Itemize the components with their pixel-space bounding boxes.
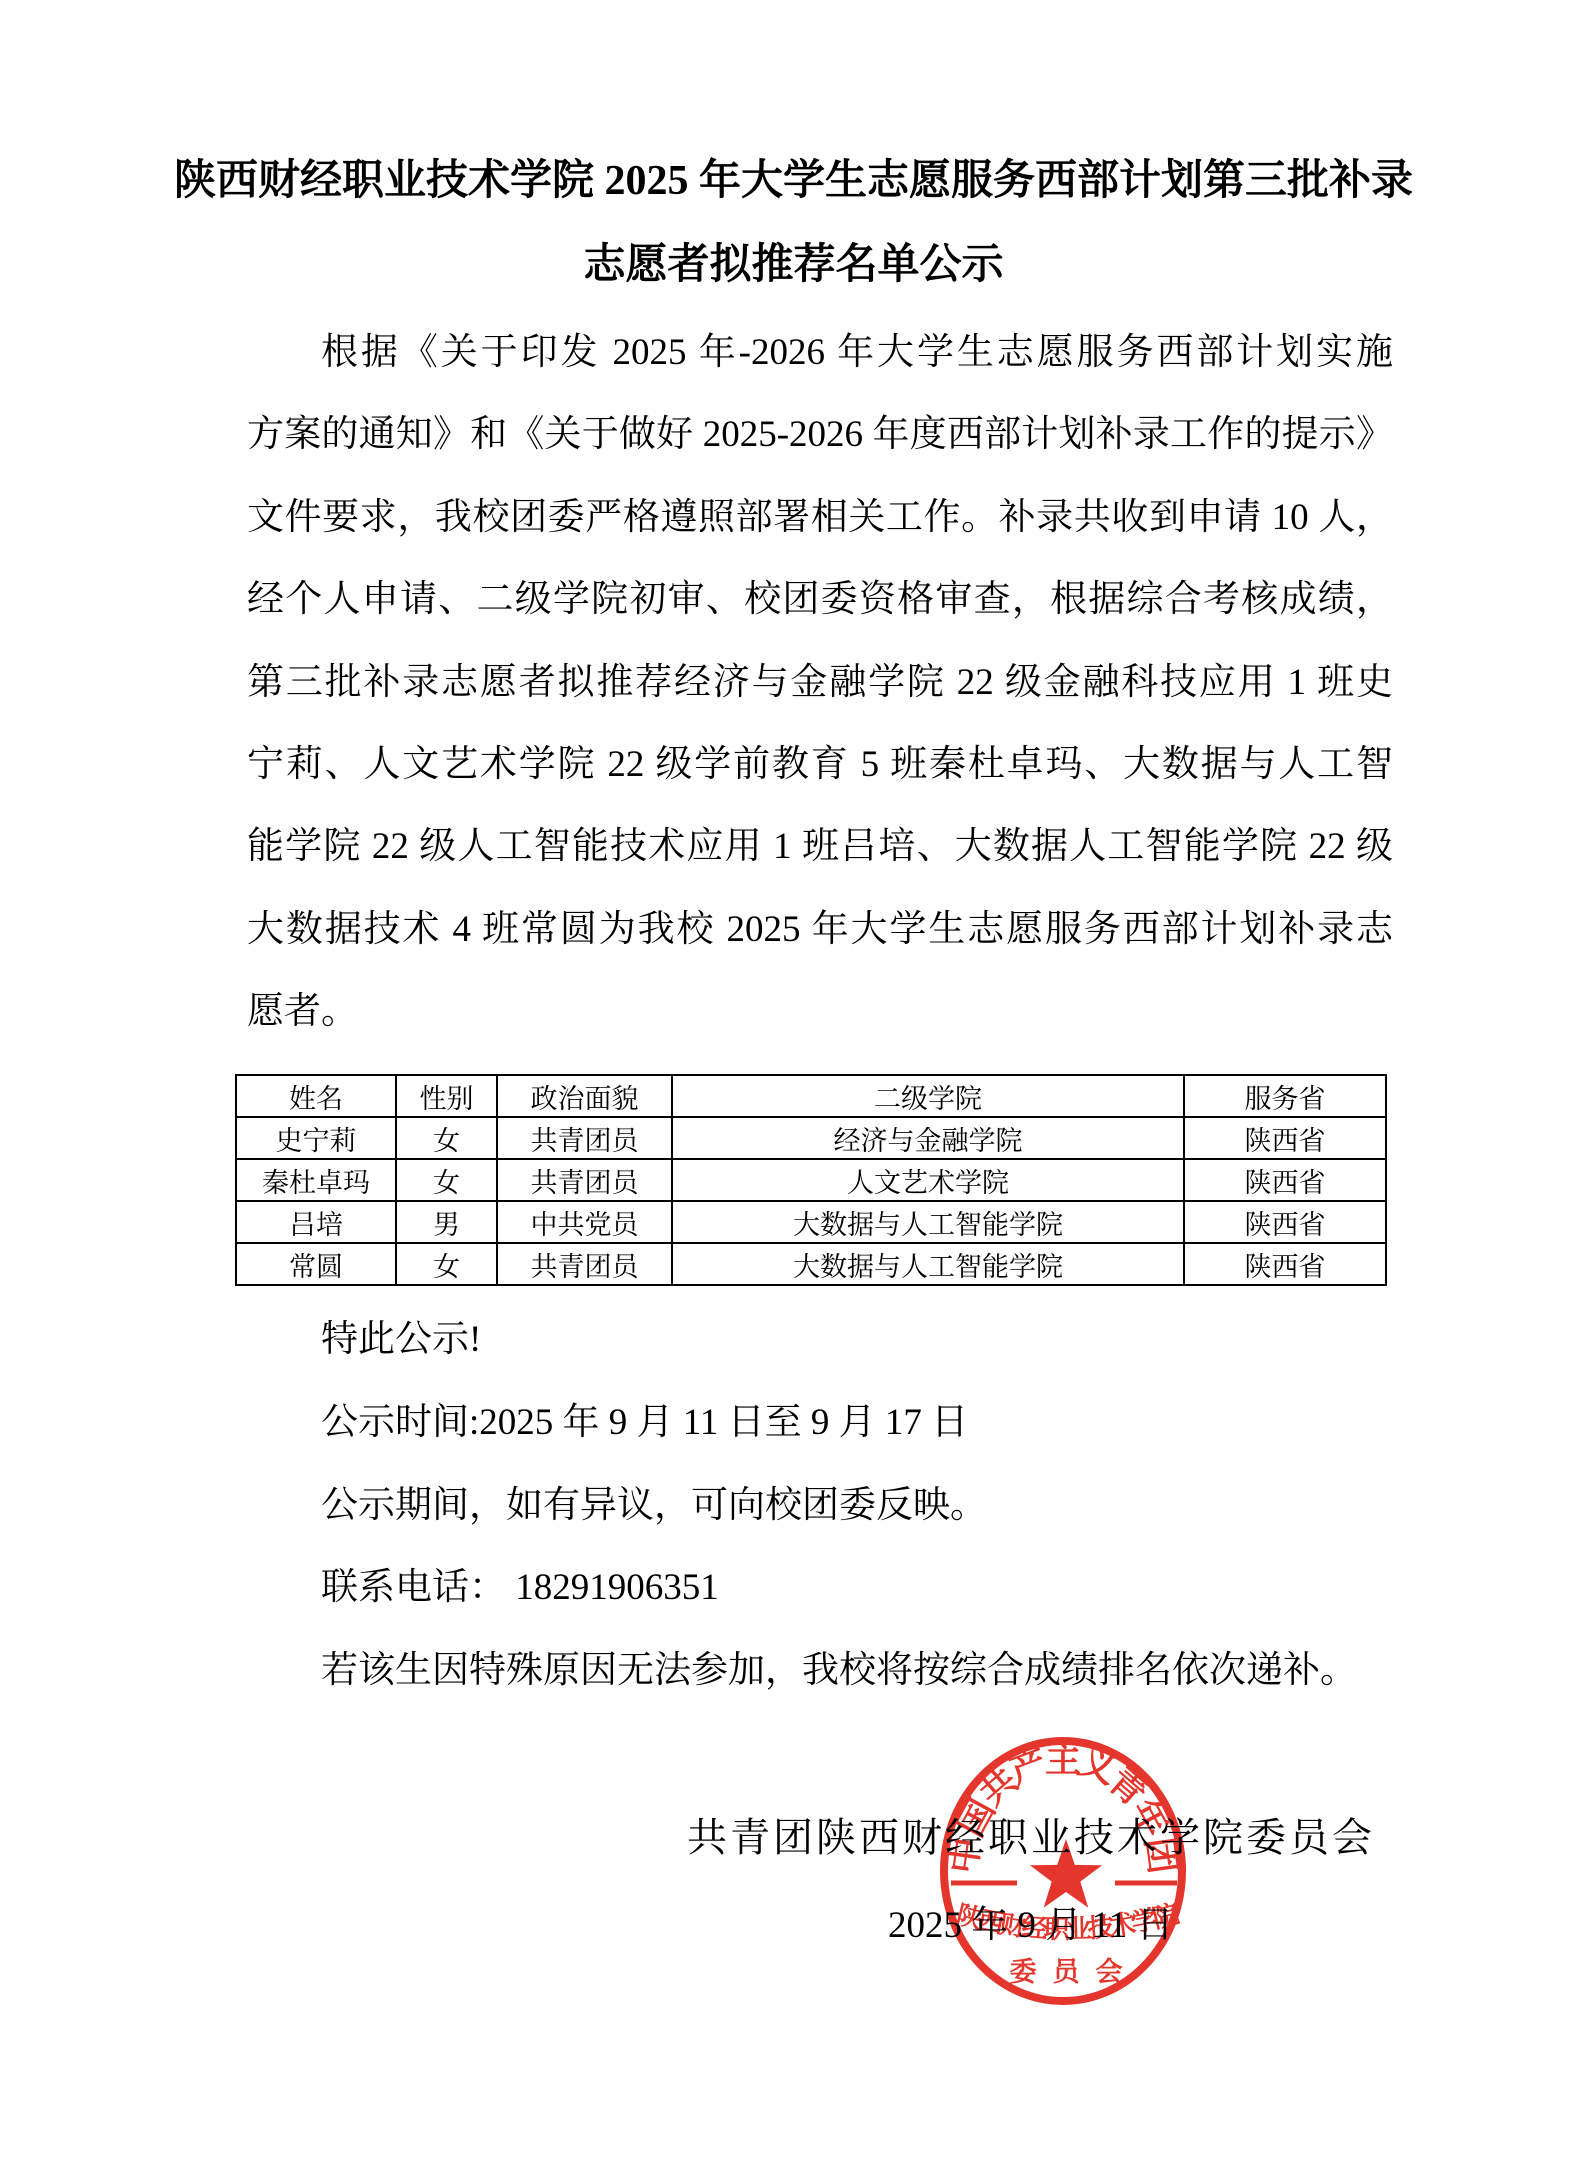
seal-sub-text: 委员会: [1010, 1957, 1139, 1987]
closing-line: 若该生因特殊原因无法参加，我校将按综合成绩排名依次递补。: [321, 1648, 1357, 1694]
table-cell: 女: [396, 1159, 497, 1201]
table-cell: 吕培: [236, 1201, 396, 1243]
body-line: 第三批补录志愿者拟推荐经济与金融学院 22 级金融科技应用 1 班史: [247, 660, 1393, 706]
table-cell: 共青团员: [497, 1117, 672, 1159]
closing-line: 公示期间，如有异议，可向校团委反映。: [321, 1483, 987, 1529]
body-line: 文件要求，我校团委严格遵照部署相关工作。补录共收到申请 10 人，: [247, 495, 1393, 541]
seal-arc-char: 团: [1138, 1835, 1184, 1876]
table-cell: 陕西省: [1184, 1201, 1386, 1243]
body-paragraph: 根据《关于印发 2025 年-2026 年大学生志愿服务西部计划实施方案的通知》…: [247, 330, 1393, 1050]
table-row: 吕培男中共党员大数据与人工智能学院陕西省: [236, 1201, 1386, 1243]
table-body: 史宁莉女共青团员经济与金融学院陕西省秦杜卓玛女共青团员人文艺术学院陕西省吕培男中…: [236, 1117, 1386, 1285]
table-cell: 共青团员: [497, 1243, 672, 1285]
table-cell: 常圆: [236, 1243, 396, 1285]
recommend-table: 姓名性别政治面貌二级学院服务省 史宁莉女共青团员经济与金融学院陕西省秦杜卓玛女共…: [235, 1074, 1387, 1286]
table-cell: 大数据与人工智能学院: [672, 1201, 1184, 1243]
closing-line: 公示时间:2025 年 9 月 11 日至 9 月 17 日: [321, 1400, 968, 1446]
page-title-line2: 志愿者拟推荐名单公示: [0, 240, 1587, 290]
table-cell: 陕西省: [1184, 1243, 1386, 1285]
table-row: 史宁莉女共青团员经济与金融学院陕西省: [236, 1117, 1386, 1159]
table-header-row: 姓名性别政治面貌二级学院服务省: [236, 1075, 1386, 1117]
body-line: 愿者。: [247, 989, 1393, 1035]
table-cell: 中共党员: [497, 1201, 672, 1243]
table-row: 秦杜卓玛女共青团员人文艺术学院陕西省: [236, 1159, 1386, 1201]
table-header-cell: 性别: [396, 1075, 497, 1117]
page-title-line1: 陕西财经职业技术学院 2025 年大学生志愿服务西部计划第三批补录: [0, 156, 1587, 206]
body-line: 大数据技术 4 班常圆为我校 2025 年大学生志愿服务西部计划补录志: [247, 907, 1393, 953]
closing-line: 联系电话： 18291906351: [321, 1565, 719, 1611]
table-head: 姓名性别政治面貌二级学院服务省: [236, 1075, 1386, 1117]
table-header-cell: 政治面貌: [497, 1075, 672, 1117]
table-cell: 女: [396, 1243, 497, 1285]
table-cell: 男: [396, 1201, 497, 1243]
table-header-cell: 服务省: [1184, 1075, 1386, 1117]
table-cell: 史宁莉: [236, 1117, 396, 1159]
seal-org-text: 陕西财经职业技术学院: [953, 1898, 1182, 1944]
table-cell: 大数据与人工智能学院: [672, 1243, 1184, 1285]
body-line: 宁莉、人文艺术学院 22 级学前教育 5 班秦杜卓玛、大数据与人工智: [247, 742, 1393, 788]
closing-line: 特此公示!: [321, 1317, 481, 1363]
body-line: 根据《关于印发 2025 年-2026 年大学生志愿服务西部计划实施: [247, 330, 1393, 376]
table-header-cell: 二级学院: [672, 1075, 1184, 1117]
table-cell: 人文艺术学院: [672, 1159, 1184, 1201]
star-icon: [1030, 1839, 1102, 1908]
table-cell: 陕西省: [1184, 1159, 1386, 1201]
table-cell: 陕西省: [1184, 1117, 1386, 1159]
table-header-cell: 姓名: [236, 1075, 396, 1117]
table-cell: 经济与金融学院: [672, 1117, 1184, 1159]
table-cell: 秦杜卓玛: [236, 1159, 396, 1201]
body-line: 能学院 22 级人工智能技术应用 1 班吕培、大数据人工智能学院 22 级: [247, 824, 1393, 870]
body-line: 经个人申请、二级学院初审、校团委资格审查，根据综合考核成绩，: [247, 577, 1393, 623]
announcement-page: 陕西财经职业技术学院 2025 年大学生志愿服务西部计划第三批补录 志愿者拟推荐…: [0, 0, 1587, 2166]
table-cell: 女: [396, 1117, 497, 1159]
body-line: 方案的通知》和《关于做好 2025-2026 年度西部计划补录工作的提示》: [247, 412, 1393, 458]
table-cell: 共青团员: [497, 1159, 672, 1201]
table-row: 常圆女共青团员大数据与人工智能学院陕西省: [236, 1243, 1386, 1285]
official-seal: 中国共产主义青年团 陕西财经职业技术学院 委员会: [933, 1726, 1193, 2016]
